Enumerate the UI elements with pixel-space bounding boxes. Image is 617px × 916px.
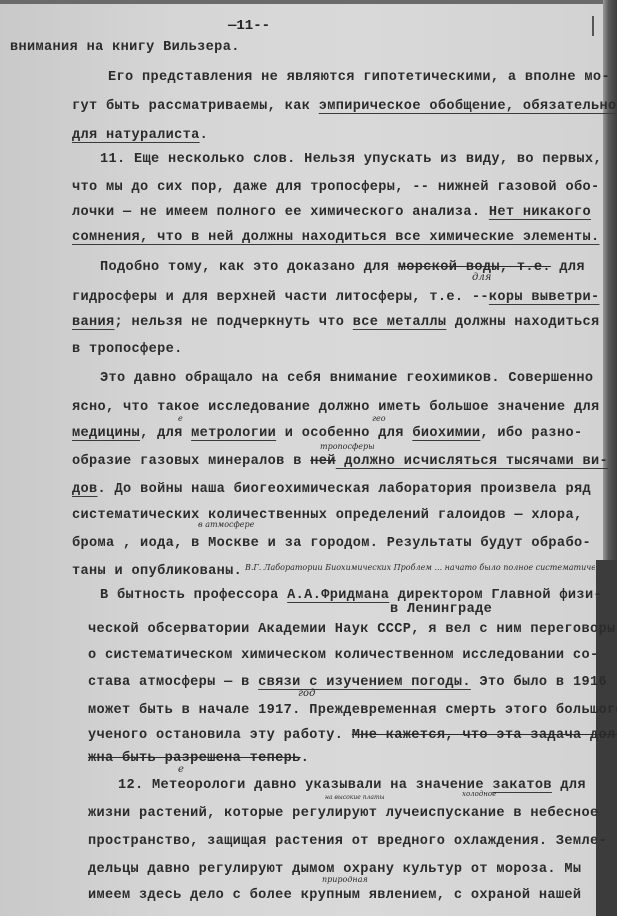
underlined-text: дов xyxy=(72,482,98,497)
text-line: дов. До войны наша биогеохимическая лабо… xyxy=(72,482,591,497)
text-segment: В бытность профессора xyxy=(100,588,287,603)
handwritten-annotation: год xyxy=(298,688,315,699)
text-segment: ; нельзя не подчеркнуть что xyxy=(115,315,353,330)
text-line: ясно, что такое исследование должно имет… xyxy=(72,400,599,415)
handwritten-annotation: е xyxy=(178,764,184,775)
text-segment: Подобно тому, как это доказано для xyxy=(100,260,398,275)
underlined-text: закатов xyxy=(492,778,552,793)
text-segment: лочки — не имеем полного ее химического … xyxy=(72,205,489,220)
handwritten-annotation: В.Г. Лаборатории Биохимических Проблем .… xyxy=(245,563,595,572)
underlined-text: коры выветри- xyxy=(489,290,600,305)
underlined-text: Нет никакого xyxy=(489,205,591,220)
text-line: Подобно тому, как это доказано для морск… xyxy=(100,260,585,275)
text-line: Это давно обращало на себя внимание геох… xyxy=(100,371,593,386)
page-top-edge xyxy=(0,0,617,4)
text-line: в Ленинграде xyxy=(390,602,492,617)
text-segment: и особенно для xyxy=(276,426,412,441)
text-line: гидросферы и для верхней части литосферы… xyxy=(72,290,599,305)
text-segment: . xyxy=(301,751,310,766)
handwritten-annotation: гео xyxy=(372,414,386,423)
text-line: может быть в начале 1917. Преждевременна… xyxy=(88,703,617,718)
text-line: о систематическом химическом количествен… xyxy=(88,648,598,663)
text-line: брома , иода, в Москве и за городом. Рез… xyxy=(72,536,591,551)
text-segment: 12. Метеорологи давно указывали на значе… xyxy=(118,778,492,793)
text-segment: ученого остановила эту работу. xyxy=(88,728,352,743)
underlined-text: биохимии xyxy=(412,426,480,441)
text-segment: . До войны наша биогеохимическая лаборат… xyxy=(98,482,591,497)
text-line: внимания на книгу Вильзера. xyxy=(10,40,240,55)
text-segment: директором Главной физи- xyxy=(389,588,602,603)
text-line: жна быть разрешена теперь. xyxy=(88,751,309,766)
handwritten-annotation: для xyxy=(472,272,491,283)
struck-text: ней xyxy=(310,454,336,469)
text-line: пространство, защищая растения от вредно… xyxy=(88,834,607,849)
handwritten-annotation: е xyxy=(178,414,183,423)
text-segment: Это было в 1916 xyxy=(471,675,607,690)
struck-text: Мне кажется, что эта задача дол- xyxy=(352,728,617,743)
underlined-text: должно исчисляться тысячами ви- xyxy=(336,454,608,469)
text-line: в тропосфере. xyxy=(72,342,183,357)
text-line: таны и опубликованы. xyxy=(72,564,242,579)
text-line: имеем здесь дело с более крупным явление… xyxy=(88,888,581,903)
text-line: става атмосферы — в связи с изучением по… xyxy=(88,675,607,690)
handwritten-annotation: природная xyxy=(322,875,368,884)
underlined-text: для натуралиста xyxy=(72,128,200,143)
text-line: ческой обсерватории Академии Наук СССР, … xyxy=(88,622,615,637)
underlined-text: метрологии xyxy=(191,426,276,441)
text-line: Его представления не являются гипотетиче… xyxy=(108,70,610,85)
text-line: 11. Еще несколько слов. Нельзя упускать … xyxy=(100,152,602,167)
handwritten-annotation: на высокие платы xyxy=(325,794,385,801)
text-segment: , для xyxy=(140,426,191,441)
text-segment: гут быть рассматриваемы, как xyxy=(72,99,319,114)
text-line: вания; нельзя не подчеркнуть что все мет… xyxy=(72,315,600,330)
underlined-text: все металлы xyxy=(353,315,447,330)
text-segment: образие газовых минералов в xyxy=(72,454,310,469)
text-line: ученого остановила эту работу. Мне кажет… xyxy=(88,728,617,743)
underlined-text: медицины xyxy=(72,426,140,441)
text-segment: , ибо разно- xyxy=(480,426,582,441)
text-segment: гидросферы и для верхней части литосферы… xyxy=(72,290,489,305)
struck-text: жна быть разрешена теперь xyxy=(88,751,301,766)
text-segment: . xyxy=(200,128,209,143)
text-line: систематических количественных определен… xyxy=(72,508,582,523)
underlined-text: А.А.Фридмана xyxy=(287,588,389,603)
text-line: что мы до сих пор, даже для тропосферы, … xyxy=(72,180,599,195)
text-segment: должны находиться xyxy=(446,315,599,330)
margin-mark xyxy=(592,16,594,36)
text-line: В бытность профессора А.А.Фридмана дирек… xyxy=(100,588,602,603)
underlined-text: эмпирическое обобщение, обязательно xyxy=(319,99,617,114)
handwritten-annotation: холодное xyxy=(462,790,496,798)
underlined-text: вания xyxy=(72,315,115,330)
text-line: образие газовых минералов в ней должно и… xyxy=(72,454,608,469)
text-line: жизни растений, которые регулируют лучеи… xyxy=(88,806,598,821)
text-segment: для xyxy=(552,778,586,793)
underlined-text: сомнения, что в ней должны находиться вс… xyxy=(72,230,599,245)
text-line: лочки — не имеем полного ее химического … xyxy=(72,205,591,220)
text-line: гут быть рассматриваемы, как эмпирическо… xyxy=(72,99,617,114)
page-number: —11-- xyxy=(228,18,270,34)
text-segment: става атмосферы — в xyxy=(88,675,258,690)
handwritten-annotation: в атмосфере xyxy=(198,520,254,529)
text-line: для натуралиста. xyxy=(72,128,208,143)
text-line: медицины, для метрологии и особенно для … xyxy=(72,426,582,441)
text-segment: для xyxy=(551,260,585,275)
text-line: 12. Метеорологи давно указывали на значе… xyxy=(118,778,586,793)
handwritten-annotation: тропосферы xyxy=(320,442,375,451)
underlined-text: связи с изучением погоды. xyxy=(258,675,471,690)
text-line: сомнения, что в ней должны находиться вс… xyxy=(72,230,599,245)
